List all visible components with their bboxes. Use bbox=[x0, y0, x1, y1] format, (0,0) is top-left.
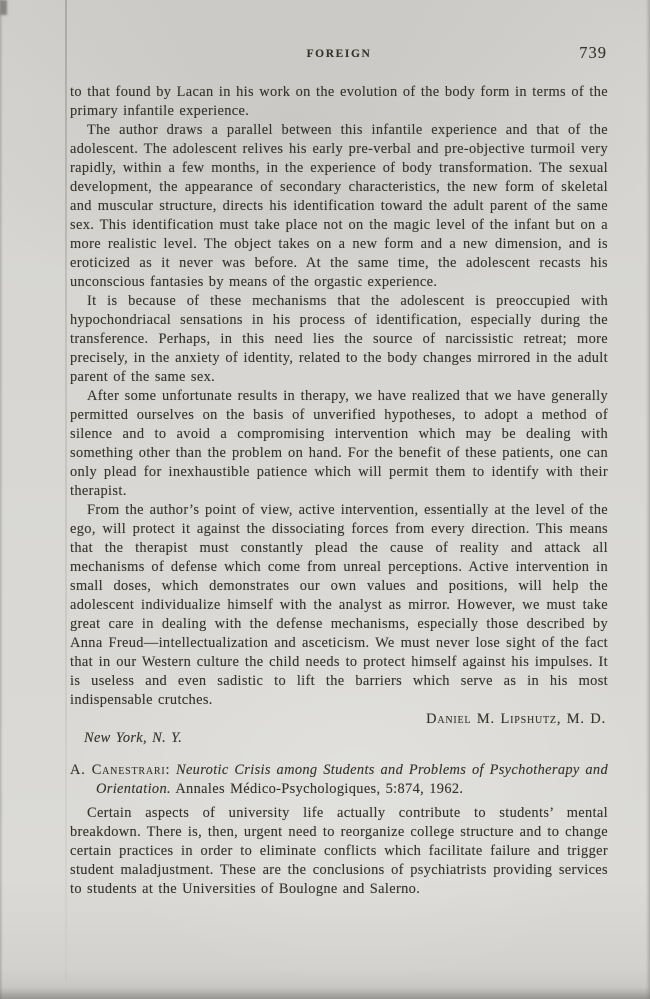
paragraph: Certain aspects of university life actua… bbox=[70, 804, 608, 899]
reference-source: Annales Médico-Psychologiques, 5:874, 19… bbox=[175, 781, 463, 797]
right-edge-shadow bbox=[645, 0, 650, 999]
top-left-corner-mark bbox=[0, 0, 7, 15]
paragraph: After some unfortunate results in therap… bbox=[70, 387, 608, 501]
text-column: FOREIGN 739 to that found by Lacan in hi… bbox=[70, 0, 608, 899]
reference-entry: A. Canestrari: Neurotic Crisis among Stu… bbox=[70, 761, 608, 799]
page-header: FOREIGN 739 bbox=[70, 44, 608, 64]
paragraph: The author draws a parallel between this… bbox=[70, 121, 608, 292]
bottom-edge-shadow bbox=[0, 987, 650, 999]
article2-body: Certain aspects of university life actua… bbox=[70, 804, 608, 899]
paragraph: From the author’s point of view, active … bbox=[70, 501, 608, 710]
page-number: 739 bbox=[579, 41, 607, 65]
paragraph: It is because of these mechanisms that t… bbox=[70, 292, 608, 387]
author-location: New York, N. Y. bbox=[70, 729, 608, 748]
scanned-journal-page: FOREIGN 739 to that found by Lacan in hi… bbox=[0, 0, 650, 999]
author-signature: Daniel M. Lipshutz, M. D. bbox=[70, 710, 608, 729]
running-title: FOREIGN bbox=[70, 44, 608, 64]
reference-author: A. Canestrari: bbox=[70, 762, 170, 778]
left-edge-shadow bbox=[0, 0, 3, 999]
paragraph-continuation: to that found by Lacan in his work on th… bbox=[70, 83, 608, 121]
article1-body: to that found by Lacan in his work on th… bbox=[70, 83, 608, 748]
page-crease-line bbox=[65, 0, 67, 981]
author-signature-name: Daniel M. Lipshutz, M. D. bbox=[426, 711, 606, 727]
